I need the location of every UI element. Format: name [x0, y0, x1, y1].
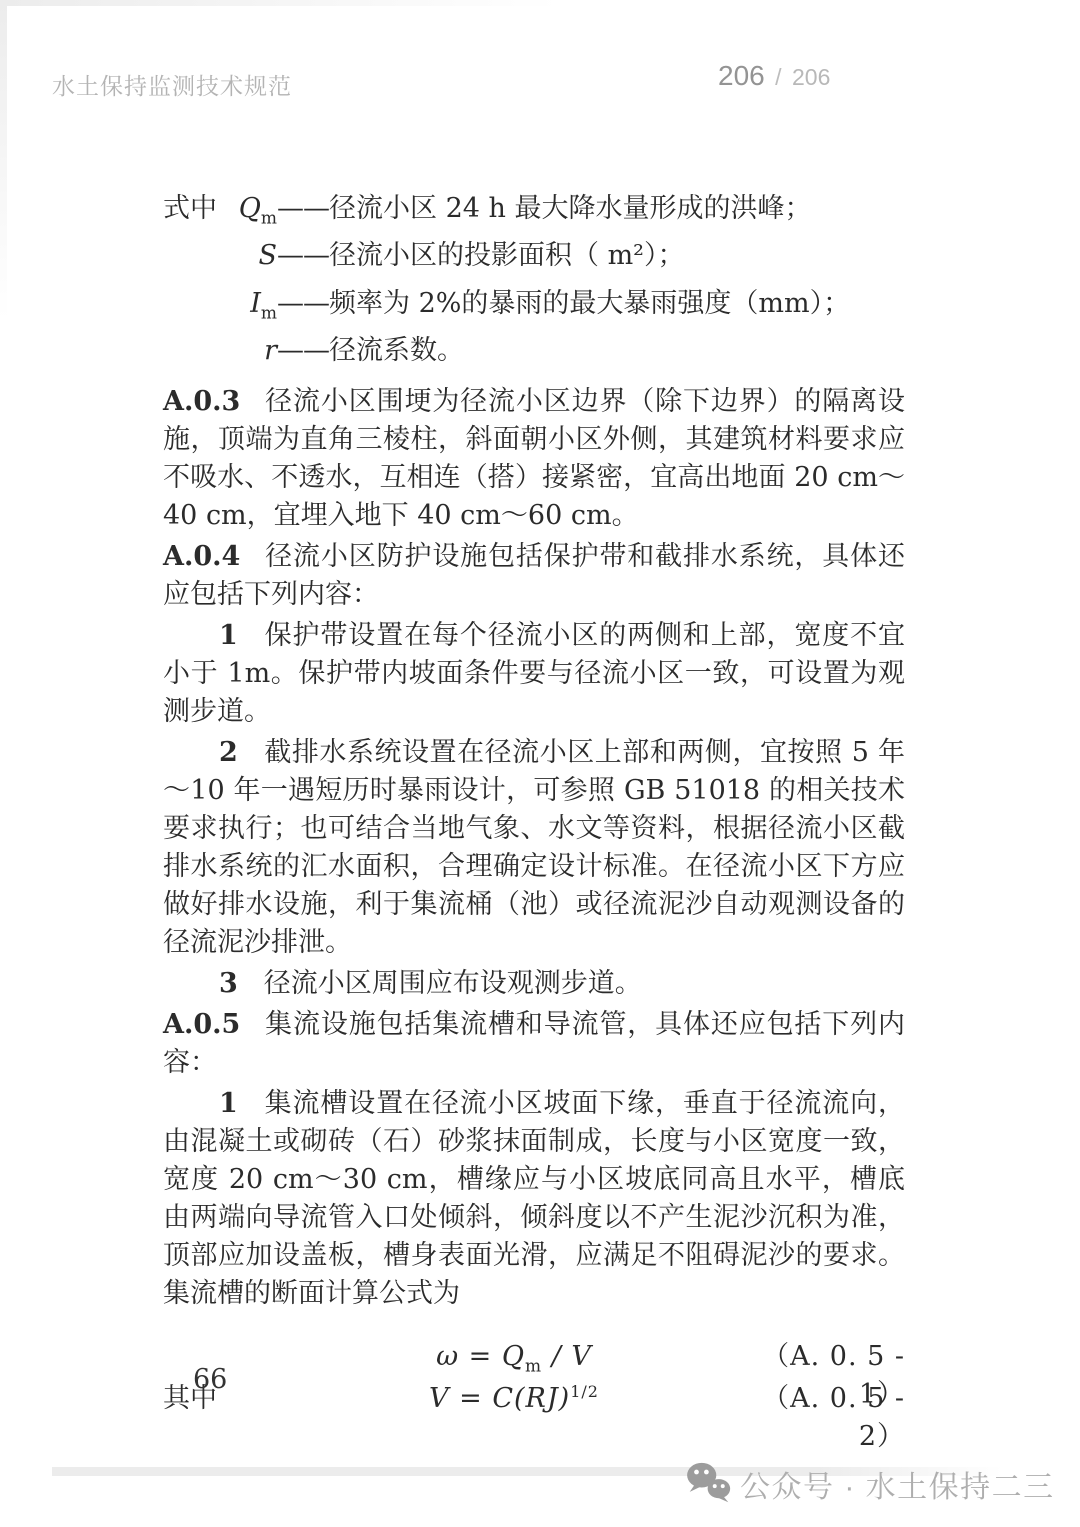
- symbol-Im: Im: [237, 285, 277, 332]
- page-current: 206: [718, 60, 765, 91]
- em-dash: ——: [277, 237, 329, 284]
- scan-edge-top: [0, 0, 560, 6]
- page-number: 66: [193, 1364, 227, 1395]
- item-paragraph-1: 1保护带设置在每个径流小区的两侧和上部，宽度不宜小于 1m。保护带内坡面条件要与…: [163, 617, 905, 731]
- clause-label: A.0.4: [163, 541, 240, 572]
- item-text: 保护带设置在每个径流小区的两侧和上部，宽度不宜小于 1m。保护带内坡面条件要与径…: [163, 620, 905, 727]
- definition-row: r —— 径流系数。: [163, 332, 905, 379]
- formula-row-1: ω = Qm / V （A. 0. 5 - 1）: [163, 1331, 905, 1369]
- item-paragraph-1b: 1集流槽设置在径流小区坡面下缘，垂直于径流流向，由混凝土或砌砖（石）砂浆抹面制成…: [163, 1085, 905, 1313]
- clause-paragraph-A03: A.0.3径流小区围埂为径流小区边界（除下边界）的隔离设施，顶端为直角三棱柱，斜…: [163, 383, 905, 535]
- clause-text: 径流小区围埂为径流小区边界（除下边界）的隔离设施，顶端为直角三棱柱，斜面朝小区外…: [163, 386, 905, 531]
- item-text: 集流槽设置在径流小区坡面下缘，垂直于径流流向，由混凝土或砌砖（石）砂浆抹面制成，…: [163, 1088, 905, 1309]
- symbol-description: 径流小区的投影面积（ m²）；: [329, 237, 685, 284]
- em-dash: ——: [277, 332, 329, 379]
- watermark: 公众号 · 水土保持二三: [684, 1458, 1055, 1510]
- scan-edge-left: [0, 0, 7, 320]
- clause-text: 径流小区防护设施包括保护带和截排水系统，具体还应包括下列内容：: [163, 541, 905, 610]
- wechat-icon: [684, 1459, 734, 1509]
- item-paragraph-3: 3径流小区周围应布设观测步道。: [163, 965, 905, 1003]
- symbol-S: S: [237, 237, 277, 284]
- where-definitions-block: 式中 Qm —— 径流小区 24 h 最大降水量形成的洪峰； S —— 径流小区…: [163, 190, 905, 380]
- reader-header: 水土保持监测技术规范 206 / 206: [0, 60, 1080, 110]
- clause-label: A.0.5: [163, 1009, 240, 1040]
- scanned-text-body: 式中 Qm —— 径流小区 24 h 最大降水量形成的洪峰； S —— 径流小区…: [163, 190, 905, 1411]
- symbol-r: r: [237, 332, 277, 379]
- clause-paragraph-A05: A.0.5集流设施包括集流槽和导流管，具体还应包括下列内容：: [163, 1006, 905, 1082]
- page-divider-slash: /: [775, 64, 781, 90]
- item-number: 3: [219, 968, 238, 999]
- watermark-text: 公众号 · 水土保持二三: [740, 1462, 1055, 1506]
- page-total: 206: [792, 64, 830, 90]
- item-number: 1: [219, 1088, 238, 1119]
- clause-text: 集流设施包括集流槽和导流管，具体还应包括下列内容：: [163, 1009, 905, 1078]
- definition-row: Im —— 频率为 2%的暴雨的最大暴雨强度（mm）；: [163, 285, 905, 332]
- formula-number-label: （A. 0. 5 - 2）: [735, 1380, 905, 1456]
- symbol-description: 径流系数。: [329, 332, 464, 379]
- item-text: 径流小区周围应布设观测步道。: [264, 968, 642, 999]
- where-intro: 式中: [163, 190, 237, 237]
- em-dash: ——: [277, 285, 329, 332]
- em-dash: ——: [277, 190, 329, 237]
- item-paragraph-2: 2截排水系统设置在径流小区上部和两侧，宜按照 5 年～10 年一遇短历时暴雨设计…: [163, 734, 905, 962]
- clause-paragraph-A04: A.0.4径流小区防护设施包括保护带和截排水系统，具体还应包括下列内容：: [163, 538, 905, 614]
- document-title: 水土保持监测技术规范: [52, 68, 292, 101]
- clause-label: A.0.3: [163, 386, 240, 417]
- item-text: 截排水系统设置在径流小区上部和两侧，宜按照 5 年～10 年一遇短历时暴雨设计，…: [163, 737, 905, 958]
- symbol-description: 径流小区 24 h 最大降水量形成的洪峰；: [329, 190, 812, 237]
- document-page: 水土保持监测技术规范 206 / 206 式中 Qm —— 径流小区 24 h …: [0, 0, 1080, 1527]
- symbol-Qm: Qm: [237, 190, 277, 237]
- item-number: 1: [219, 620, 238, 651]
- item-number: 2: [219, 737, 238, 768]
- definition-row: 式中 Qm —— 径流小区 24 h 最大降水量形成的洪峰；: [163, 190, 905, 237]
- symbol-description: 频率为 2%的暴雨的最大暴雨强度（mm）；: [329, 285, 850, 332]
- formula-equation: V = C(RJ)1/2: [253, 1373, 735, 1427]
- definition-row: S —— 径流小区的投影面积（ m²）；: [163, 237, 905, 284]
- page-indicator: 206 / 206: [718, 60, 830, 92]
